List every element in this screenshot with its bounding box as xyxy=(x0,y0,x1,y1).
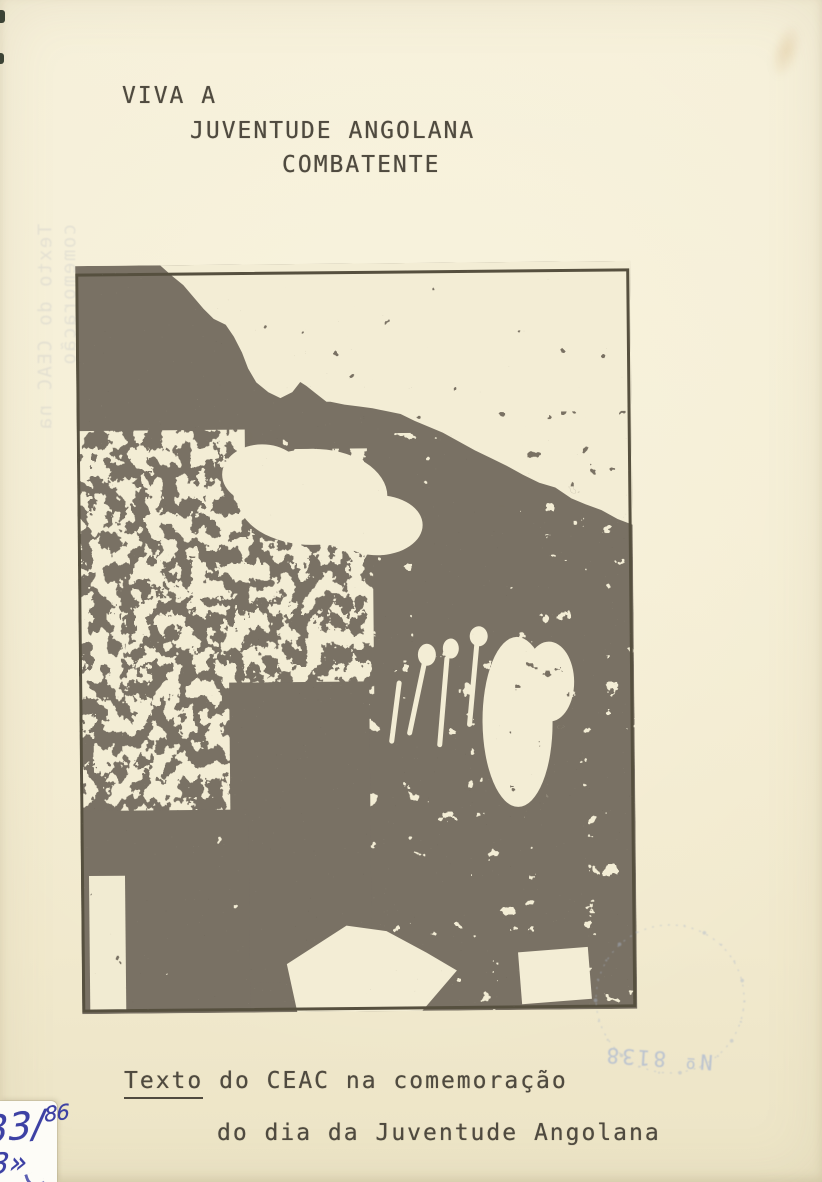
title-line-2: JUVENTUDE ANGOLANA xyxy=(190,118,475,144)
title-line-3: COMBATENTE xyxy=(282,152,440,178)
handwritten-catalog-number: 33/86 xyxy=(0,1099,69,1153)
catalog-number-sup: 86 xyxy=(44,1100,69,1127)
caption-line-1-rest: do CEAC na comemoração xyxy=(203,1068,568,1094)
caption-line-1: Texto do CEAC na comemoração xyxy=(124,1068,568,1094)
halftone-photo xyxy=(75,261,637,1014)
scanned-page: Texto do CEAC na comemoração VIVA A JUVE… xyxy=(0,0,822,1182)
title-line-1: VIVA A xyxy=(122,83,217,109)
bleedthrough-text: Texto do CEAC na comemoração xyxy=(34,224,82,464)
paper-smudge xyxy=(764,19,809,83)
caption-underlined-word: Texto xyxy=(124,1068,203,1099)
cover-photo xyxy=(75,261,637,1014)
scanner-artifact xyxy=(0,53,4,64)
scanner-artifact xyxy=(0,10,5,23)
caption-line-2: do dia da Juventude Angolana xyxy=(217,1120,661,1146)
